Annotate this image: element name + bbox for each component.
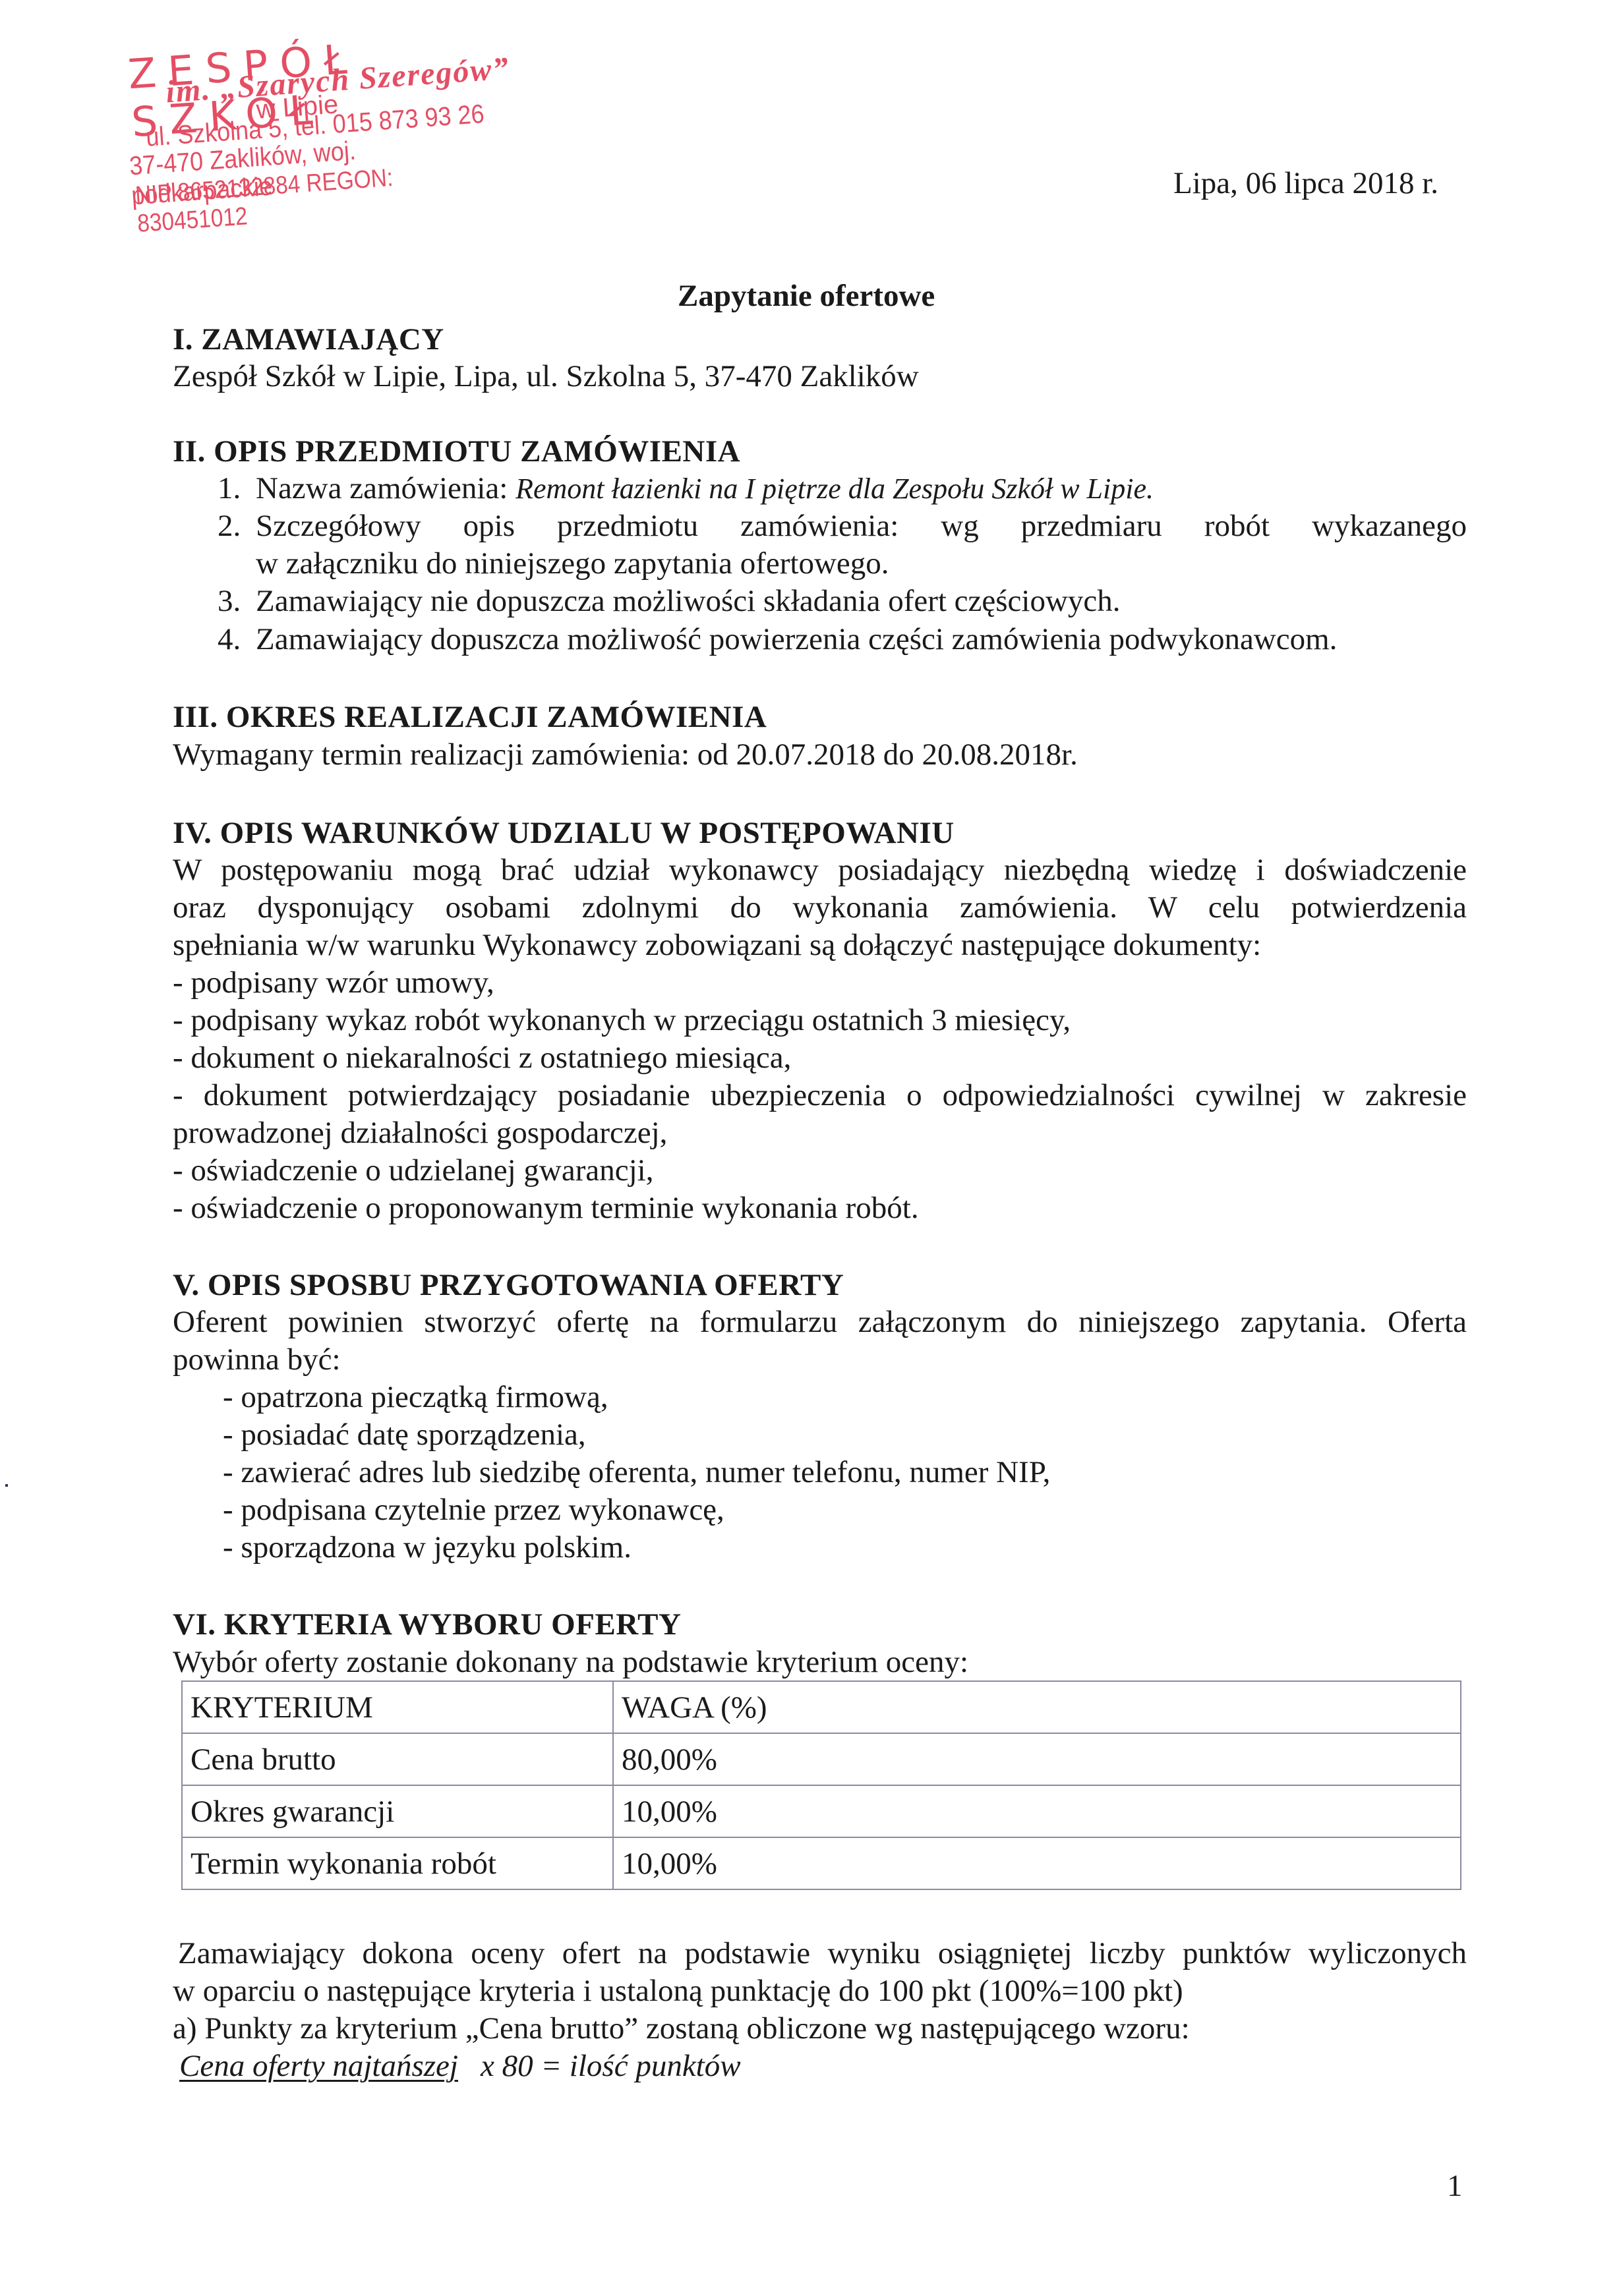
section-2-item-1: 1.Nazwa zamówienia: Remont łazienki na I… — [218, 470, 1154, 507]
section-5-bullet-5: - sporządzona w języku polskim. — [223, 1529, 632, 1566]
section-4-bullet-4-cont: prowadzonej działalności gospodarczej, — [173, 1114, 667, 1152]
section-2-heading: II. OPIS PRZEDMIOTU ZAMÓWIENIA — [173, 433, 740, 471]
section-5-bullet-1: - opatrzona pieczątką firmową, — [223, 1379, 608, 1416]
section-4-para-line-2: oraz dysponujący osobami zdolnymi do wyk… — [173, 889, 1467, 927]
section-4-bullet-3: - dokument o niekaralności z ostatniego … — [173, 1039, 791, 1077]
section-2-item-2-number: 2. — [218, 507, 241, 545]
section-5-bullet-3: - zawierać adres lub siedzibę oferenta, … — [223, 1454, 1050, 1491]
price-formula: Cena oferty najtańszejx 80 = ilość punkt… — [179, 2048, 741, 2085]
formula-rest: x 80 = ilość punktów — [481, 2049, 741, 2083]
formula-numerator: Cena oferty najtańszej — [179, 2049, 458, 2083]
section-5-para-line-1: Oferent powinien stworzyć ofertę na form… — [173, 1304, 1467, 1341]
section-3-heading: III. OKRES REALIZACJI ZAMÓWIENIA — [173, 699, 767, 736]
section-1-heading: I. ZAMAWIAJĄCY — [173, 321, 444, 359]
section-3-text: Wymagany termin realizacji zamówienia: o… — [173, 736, 1078, 774]
section-5-bullet-2: - posiadać datę sporządzenia, — [223, 1416, 586, 1454]
order-name: Remont łazienki na I piętrze dla Zespołu… — [515, 473, 1154, 505]
section-2-item-4: 4.Zamawiający dopuszcza możliwość powier… — [218, 621, 1337, 658]
section-4-para-line-1: W postępowaniu mogą brać udział wykonawc… — [173, 851, 1467, 889]
table-row: Termin wykonania robót 10,00% — [182, 1837, 1461, 1889]
item-text: Zamawiający nie dopuszcza możliwości skł… — [256, 584, 1121, 618]
school-stamp: ZESPÓŁ SZKÓŁ im. „Szarych Szeregów” w Li… — [111, 0, 532, 210]
section-2-item-2-line-1: Szczegółowy opis przedmiotu zamówienia: … — [256, 507, 1467, 545]
section-5-heading: V. OPIS SPOSBU PRZYGOTOWANIA OFERTY — [173, 1267, 844, 1304]
section-4-bullet-5: - oświadczenie o udzielanej gwarancji, — [173, 1152, 653, 1190]
section-4-heading: IV. OPIS WARUNKÓW UDZIALU W POSTĘPOWANIU — [173, 815, 955, 852]
item-number: 3. — [218, 583, 256, 620]
table-row: Okres gwarancji 10,00% — [182, 1785, 1461, 1837]
section-4-bullet-6: - oświadczenie o proponowanym terminie w… — [173, 1190, 919, 1227]
scan-speck — [5, 1484, 8, 1487]
document-title: Zapytanie ofertowe — [678, 278, 935, 314]
section-4-para-line-3: spełniania w/w warunku Wykonawcy zobowią… — [173, 927, 1261, 964]
weight-cell: 80,00% — [613, 1733, 1461, 1785]
weight-cell: 10,00% — [613, 1837, 1461, 1889]
section-4-bullet-1: - podpisany wzór umowy, — [173, 964, 494, 1002]
section-1-text: Zespół Szkół w Lipie, Lipa, ul. Szkolna … — [173, 358, 919, 395]
item-number: 4. — [218, 621, 256, 658]
criterion-cell: Okres gwarancji — [182, 1785, 613, 1837]
section-5-para-line-2: powinna być: — [173, 1341, 341, 1379]
item-number: 1. — [218, 470, 256, 507]
scoring-para-line-2: w oparciu o następujące kryteria i ustal… — [173, 1972, 1183, 2010]
criteria-table: KRYTERIUM WAGA (%) Cena brutto 80,00% Ok… — [181, 1680, 1461, 1890]
section-5-bullet-4: - podpisana czytelnie przez wykonawcę, — [223, 1491, 724, 1529]
scoring-para-line-3: a) Punkty za kryterium „Cena brutto” zos… — [173, 2010, 1190, 2048]
section-4-bullet-4: - dokument potwierdzający posiadanie ube… — [173, 1077, 1467, 1114]
item-label: Nazwa zamówienia: — [256, 471, 515, 505]
item-text: Zamawiający dopuszcza możliwość powierze… — [256, 622, 1337, 656]
section-2-item-3: 3.Zamawiający nie dopuszcza możliwości s… — [218, 583, 1121, 620]
section-2-item-2-line-2: w załączniku do niniejszego zapytania of… — [256, 545, 889, 583]
table-row: Cena brutto 80,00% — [182, 1733, 1461, 1785]
date-line: Lipa, 06 lipca 2018 r. — [1173, 165, 1438, 202]
section-6-intro: Wybór oferty zostanie dokonany na podsta… — [173, 1644, 968, 1681]
section-6-heading: VI. KRYTERIA WYBORU OFERTY — [173, 1606, 681, 1644]
weight-cell: 10,00% — [613, 1785, 1461, 1837]
criterion-cell: Termin wykonania robót — [182, 1837, 613, 1889]
scoring-para-line-1: Zamawiający dokona oceny ofert na podsta… — [178, 1935, 1467, 1972]
table-header-weight: WAGA (%) — [613, 1681, 1461, 1733]
page-number: 1 — [1447, 2168, 1463, 2204]
table-header-row: KRYTERIUM WAGA (%) — [182, 1681, 1461, 1733]
table-header-criterion: KRYTERIUM — [182, 1681, 613, 1733]
section-4-bullet-2: - podpisany wykaz robót wykonanych w prz… — [173, 1002, 1071, 1039]
criterion-cell: Cena brutto — [182, 1733, 613, 1785]
